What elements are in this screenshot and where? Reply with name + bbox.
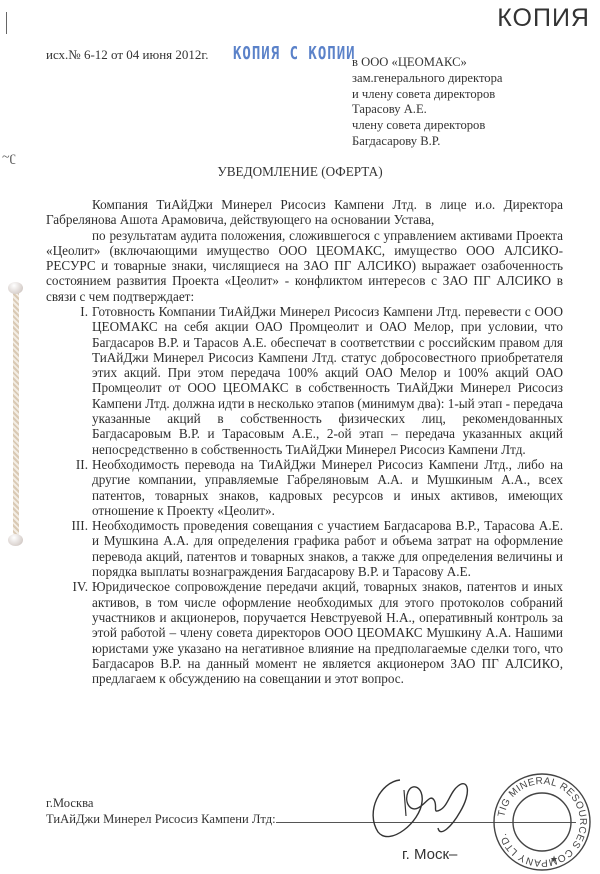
list-item: I. Готовность Компании ТиАйДжи Минерел Р… [60,304,563,457]
item-number: IV. [60,579,92,686]
addressee-line: Багдасарову В.Р. [352,134,502,150]
item-number: I. [60,304,92,457]
list-item: IV. Юридическое сопровождение передачи а… [60,579,563,686]
company-seal-icon: TIG MINERAL RESOURCES COMPANY LTD. ★ [490,770,594,874]
svg-text:TIG MINERAL RESOURCES COMPANY: TIG MINERAL RESOURCES COMPANY LTD. [496,776,588,868]
copy-mark: КОПИЯ [497,4,590,33]
city-stamp: г. Моск– [402,846,457,863]
list-item: III. Необходимость проведения совещания … [60,518,563,579]
intro-paragraph: Компания ТиАйДжи Минерел Рисосиз Кампени… [46,197,563,228]
outgoing-reference: исх.№ 6-12 от 04 июня 2012г. [46,47,209,63]
document-title: УВЕДОМЛЕНИЕ (ОФЕРТА) [0,164,600,180]
item-text: Необходимость проведения совещания с уча… [92,518,563,579]
binding-cord [13,288,19,538]
item-text: Необходимость перевода на ТиАйДжи Минере… [92,457,563,518]
svg-text:★: ★ [550,854,558,864]
copy-stamp: КОПИЯ С КОПИИ [233,44,356,64]
intro-paragraph: по результатам аудита положения, сложивш… [46,228,563,304]
list-item: II. Необходимость перевода на ТиАйДжи Ми… [60,457,563,518]
intro: Компания ТиАйДжи Минерел Рисосиз Кампени… [46,197,563,304]
item-number: II. [60,457,92,518]
addressee-line: Тарасову А.Е. [352,102,502,118]
items-list: I. Готовность Компании ТиАйДжи Минерел Р… [60,304,563,686]
item-number: III. [60,518,92,579]
left-bracket [6,12,9,34]
addressee-line: и члену совета директоров [352,87,502,103]
addressee-line: в ООО «ЦЕОМАКС» [352,55,502,71]
addressee-line: члену совета директоров [352,118,502,134]
cord-bead-top [8,282,23,294]
addressee-line: зам.генерального директора [352,71,502,87]
addressee-block: в ООО «ЦЕОМАКС» зам.генерального директо… [352,55,502,150]
signatory-name: ТиАйДжи Минерел Рисосиз Кампени Лтд: [46,812,276,826]
signature-icon [360,772,480,842]
item-text: Юридическое сопровождение передачи акций… [92,579,563,686]
cord-bead-bottom [8,534,23,546]
item-text: Готовность Компании ТиАйДжи Минерел Рисо… [92,304,563,457]
